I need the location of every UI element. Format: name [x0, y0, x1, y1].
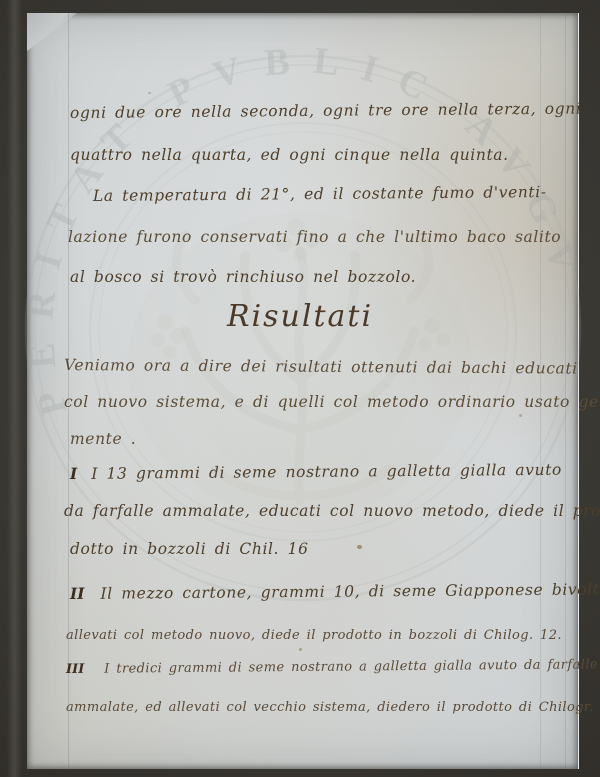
manuscript-line-11: dotto in bozzoli di Chil. 16	[70, 540, 309, 558]
manuscript-line-9: II 13 grammi di seme nostrano a galletta…	[70, 460, 562, 483]
manuscript-line-14: IIII tredici grammi di seme nostrano a g…	[66, 657, 598, 677]
manuscript-line-13: allevati col metodo nuovo, diede il prod…	[66, 628, 562, 643]
manuscript-line-8: mente .	[70, 430, 136, 448]
manuscript-line-6: Veniamo ora a dire dei risultati ottenut…	[64, 356, 578, 378]
line-text: Il mezzo cartone, grammi 10, di seme Gia…	[100, 580, 600, 603]
line-text: I tredici grammi di seme nostrano a gall…	[104, 657, 598, 676]
manuscript-line-7: col nuovo sistema, e di quelli col metod…	[64, 393, 600, 411]
manuscript-text-block: ogni due ore nella seconda, ogni tre ore…	[0, 0, 600, 777]
manuscript-line-4: lazione furono conservati fino a che l'u…	[68, 228, 561, 246]
manuscript-line-12: IIIl mezzo cartone, grammi 10, di seme G…	[70, 579, 600, 603]
roman-numeral-3: III	[66, 662, 84, 677]
section-heading-risultati: Risultati	[0, 299, 600, 334]
manuscript-line-10: da farfalle ammalate, educati col nuovo …	[64, 502, 600, 520]
manuscript-line-15: ammalate, ed allevati col vecchio sistem…	[66, 700, 600, 715]
line-text: I 13 grammi di seme nostrano a galletta …	[91, 461, 562, 483]
manuscript-line-1: ogni due ore nella seconda, ogni tre ore…	[70, 100, 581, 122]
roman-numeral-2: II	[70, 584, 85, 603]
manuscript-line-3: La temperatura di 21°, ed il costante fu…	[93, 183, 547, 205]
manuscript-line-2: quattro nella quarta, ed ogni cinque nel…	[70, 146, 509, 164]
manuscript-line-5: al bosco si trovò rinchiuso nel bozzolo.	[70, 268, 416, 286]
roman-numeral-1: I	[70, 464, 77, 483]
